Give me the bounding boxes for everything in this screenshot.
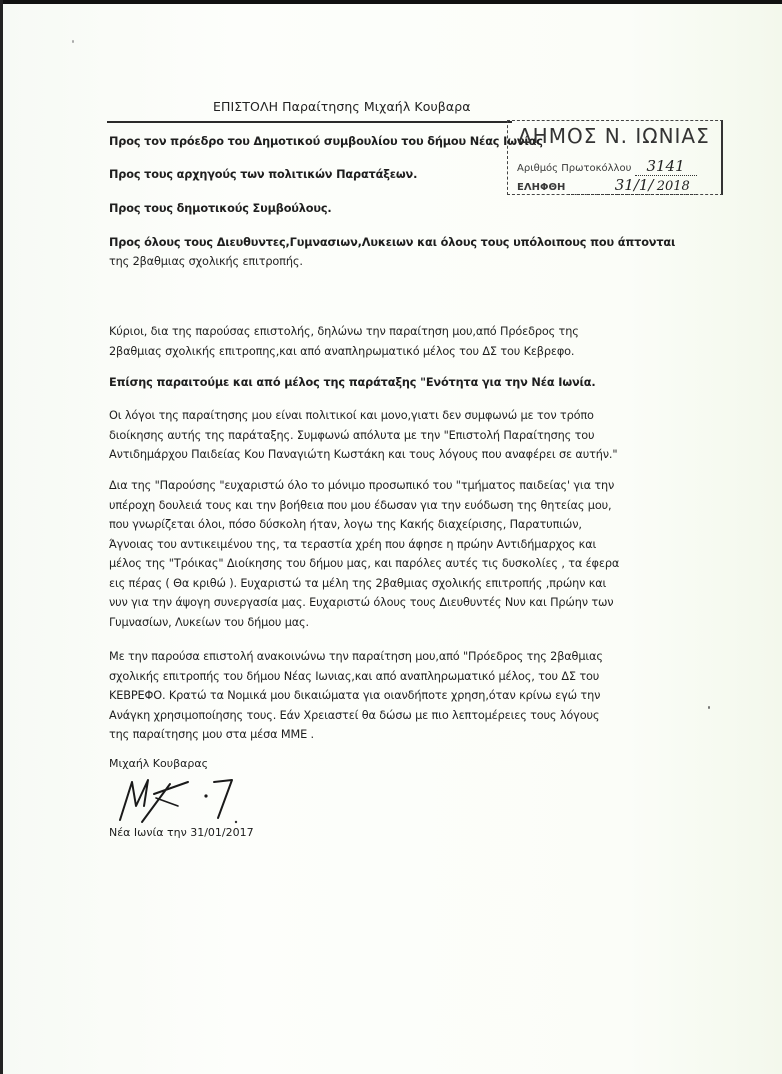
text-line: Κύριοι, δια της παρούσας επιστολής, δηλώ… xyxy=(109,322,719,342)
text-line: μέλος της "Τρόικας" Διοίκησης του δήμου … xyxy=(109,554,719,574)
text-line: Με την παρούσα επιστολή ανακοινώνω την π… xyxy=(109,647,719,667)
stamp-title: ΔΗΜΟΣ Ν. ΙΩΝΙΑΣ xyxy=(518,124,710,148)
stamp-year-value: 2018 xyxy=(657,179,690,194)
scan-speck xyxy=(708,706,710,709)
paragraph-announcement: Με την παρούσα επιστολή ανακοινώνω την π… xyxy=(109,647,719,745)
recipient-party-leaders: Προς τους αρχηγούς των πολιτικών Παρατάξ… xyxy=(109,168,417,181)
title-underline xyxy=(107,121,512,123)
text-line: που γνωρίζεται όλοι, πόσο δύσκολη ήταν, … xyxy=(109,515,719,535)
recipient-directors: Προς όλους τους Διευθυντες,Γυμνασιων,Λυκ… xyxy=(109,236,675,249)
text-line: Γυμνασίων, Λυκείων του δήμου μας. xyxy=(109,613,719,633)
text-line: Επίσης παραιτούμε και από μέλος της παρά… xyxy=(109,373,719,393)
stamp-date-value: 31/1/ xyxy=(615,176,654,194)
stamp-date-label: ΕΛΗΦΘΗ xyxy=(517,182,565,193)
letter-title: ΕΠΙΣΤΟΛΗ Παραίτησης Μιχαήλ Κουβαρα xyxy=(213,99,471,114)
text-line: διοίκησης αυτής της παράταξης. Συμφωνώ α… xyxy=(109,426,719,446)
text-line: Οι λόγοι της παραίτησης μου είναι πολιτι… xyxy=(109,406,719,426)
recipient-directors-cont: της 2βαθμιας σχολικής επιτροπής. xyxy=(109,255,303,268)
text-line: υπέροχη δουλειά τους και την βοήθεια που… xyxy=(109,496,719,516)
text-line: σχολικής επιτροπής του δήμου Νέας Ιωνιας… xyxy=(109,667,719,687)
text-line: Αντιδημάρχου Παιδείας Κου Παναγιώτη Κωστ… xyxy=(109,445,719,465)
text-line: Δια της "Παρούσης "ευχαριστώ όλο το μόνι… xyxy=(109,476,719,496)
text-line: της παραίτησης μου στα μέσα ΜΜΕ . xyxy=(109,725,719,745)
text-line: Ανάγκη χρησιμοποίησης τους. Εάν Χρειαστε… xyxy=(109,706,719,726)
stamp-protocol-field: 3141 xyxy=(635,157,697,176)
handwritten-signature xyxy=(118,776,248,826)
stamp-protocol-row: Αριθμός Πρωτοκόλλου 3141 xyxy=(517,157,697,176)
text-line: ΚΕΒΡΕΦΟ. Κρατώ τα Νομικά μου δικαιώματα … xyxy=(109,686,719,706)
paragraph-resignation: Κύριοι, δια της παρούσας επιστολής, δηλώ… xyxy=(109,322,719,361)
place-and-date: Νέα Ιωνία την 31/01/2017 xyxy=(109,826,254,839)
text-line: εις πέρας ( Θα κριθώ ). Ευχαριστώ τα μέλ… xyxy=(109,574,719,594)
stamp-protocol-number: 3141 xyxy=(646,157,684,175)
scan-speck xyxy=(72,40,74,43)
stamp-protocol-label: Αριθμός Πρωτοκόλλου xyxy=(517,163,631,174)
stamp-date-row: ΕΛΗΦΘΗ 31/1/ 2018 xyxy=(517,176,697,195)
stamp-date-field: 31/1/ xyxy=(569,176,654,195)
text-line: 2βαθμιας σχολικής επιτροπης,και από αναπ… xyxy=(109,342,719,362)
text-line: Άγνοιας του αντικειμένου της, τα τεραστί… xyxy=(109,535,719,555)
recipient-council-president: Προς τον πρόεδρο του Δημοτικού συμβουλίο… xyxy=(109,135,543,148)
stamp-year-field: 2018 xyxy=(657,179,697,195)
paragraph-thanks: Δια της "Παρούσης "ευχαριστώ όλο το μόνι… xyxy=(109,476,719,632)
paragraph-reasons: Οι λόγοι της παραίτησης μου είναι πολιτι… xyxy=(109,406,719,465)
recipient-councillors: Προς τους δημοτικούς Συμβούλους. xyxy=(109,202,332,215)
signatory-name: Μιχαήλ Κουβαρας xyxy=(109,757,208,770)
text-line: νυν για την άψογη συνεργασία μας. Ευχαρι… xyxy=(109,593,719,613)
paragraph-party-resignation: Επίσης παραιτούμε και από μέλος της παρά… xyxy=(109,373,719,393)
registry-stamp: ΔΗΜΟΣ Ν. ΙΩΝΙΑΣ Αριθμός Πρωτοκόλλου 3141… xyxy=(507,120,723,195)
